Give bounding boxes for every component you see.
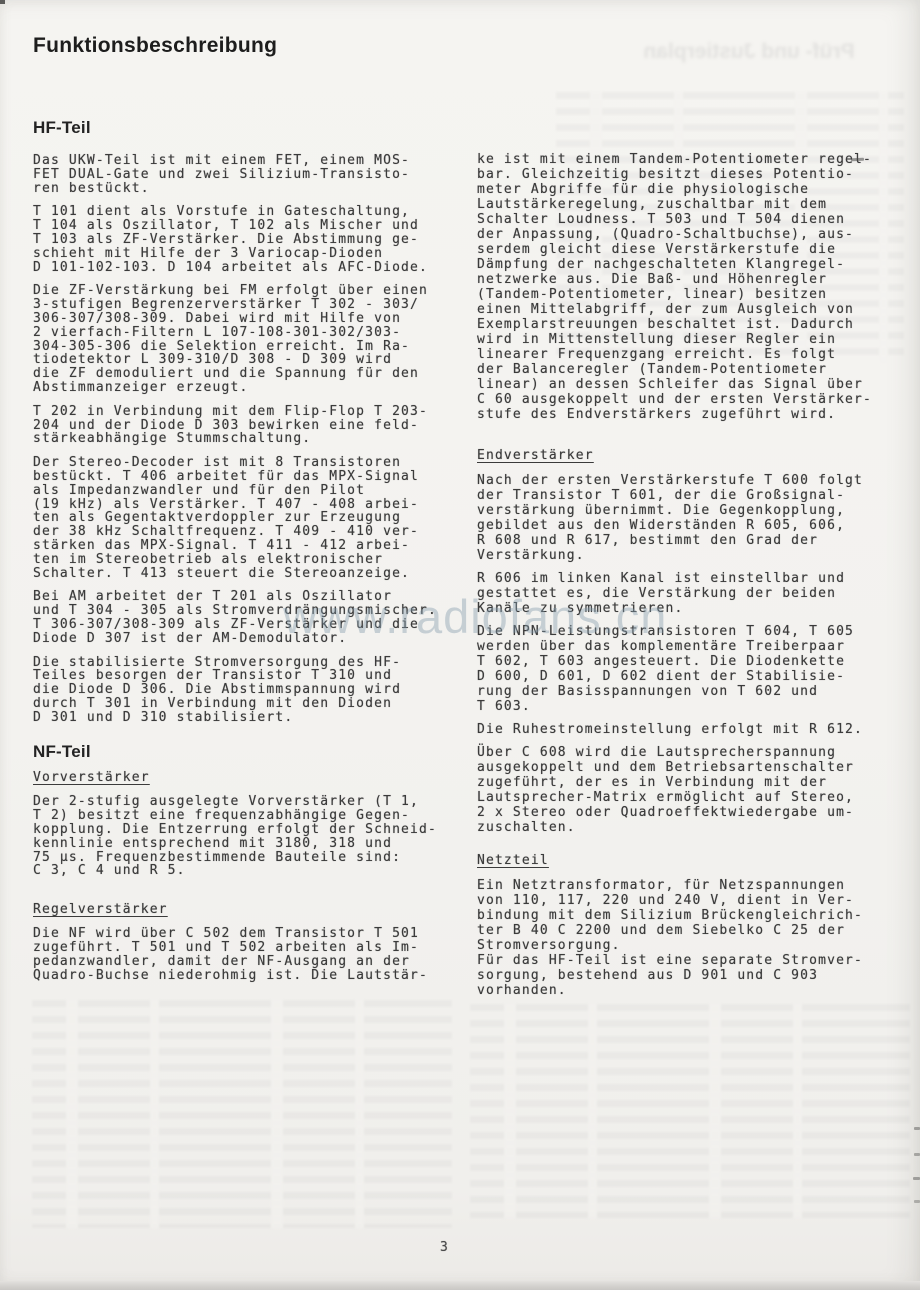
scan-mark — [914, 1153, 920, 1156]
paragraph-hf-3: Die ZF-Verstärkung bei FM erfolgt über e… — [33, 284, 457, 394]
paragraph-hf-7: Die stabilisierte Stromversorgung des HF… — [33, 656, 457, 725]
scan-bottom-edge — [0, 1281, 920, 1290]
paragraph-hf-4: T 202 in Verbindung mit dem Flip-Flop T … — [33, 405, 457, 446]
paragraph-hf-2: T 101 dient als Vorstufe in Gateschaltun… — [33, 205, 457, 274]
paragraph-endverstaerker-2: R 606 im linken Kanal ist einstellbar un… — [477, 571, 909, 616]
paragraph-regelverstaerker-1: Die NF wird über C 502 dem Transistor T … — [33, 927, 457, 982]
paragraph-endverstaerker-3: Die NPN-Leistungstransistoren T 604, T 6… — [477, 624, 909, 714]
bleedthrough-heading: Prüf- und Justierplan — [618, 40, 880, 64]
paragraph-hf-1: Das UKW-Teil ist mit einem FET, einem MO… — [33, 154, 457, 195]
scan-mark — [914, 1127, 920, 1130]
bleedthrough-texture-bottom-right — [470, 1004, 910, 1218]
right-column: ke ist mit einem Tandem-Potentiometer re… — [477, 152, 909, 1006]
paragraph-endverstaerker-4: Die Ruhestromeinstellung erfolgt mit R 6… — [477, 722, 909, 737]
page-number: 3 — [440, 1240, 449, 1255]
left-column: HF-Teil Das UKW-Teil ist mit einem FET, … — [33, 118, 457, 992]
paragraph-hf-6: Bei AM arbeitet der T 201 als Oszillator… — [33, 590, 457, 645]
subsection-heading-regelverstaerker: Regelverstärker — [33, 902, 457, 917]
paragraph-hf-5: Der Stereo-Decoder ist mit 8 Transistore… — [33, 456, 457, 580]
paragraph-endverstaerker-1: Nach der ersten Verstärkerstufe T 600 fo… — [477, 473, 909, 563]
scan-mark — [914, 1200, 920, 1203]
bleedthrough-texture-bottom-left — [32, 1000, 452, 1228]
page-title: Funktionsbeschreibung — [33, 34, 277, 58]
subsection-heading-netzteil: Netzteil — [477, 853, 909, 868]
scan-mark — [913, 1177, 920, 1180]
paragraph-regelverstaerker-continued: ke ist mit einem Tandem-Potentiometer re… — [477, 152, 909, 422]
paragraph-netzteil-1: Ein Netztransformator, für Netzspannunge… — [477, 878, 909, 998]
paragraph-vorverstaerker-1: Der 2-stufig ausgelegte Vorverstärker (T… — [33, 795, 457, 878]
section-heading-hf-teil: HF-Teil — [33, 118, 457, 138]
subsection-heading-vorverstaerker: Vorverstärker — [33, 770, 457, 785]
section-heading-nf-teil: NF-Teil — [33, 742, 457, 762]
scan-edge-artifact — [0, 0, 5, 4]
paragraph-endverstaerker-5: Über C 608 wird die Lautsprecherspannung… — [477, 745, 909, 835]
scan-mark — [851, 158, 864, 161]
scanned-manual-page: Prüf- und Justierplan Funktionsbeschreib… — [0, 0, 920, 1290]
subsection-heading-endverstaerker: Endverstärker — [477, 448, 909, 463]
